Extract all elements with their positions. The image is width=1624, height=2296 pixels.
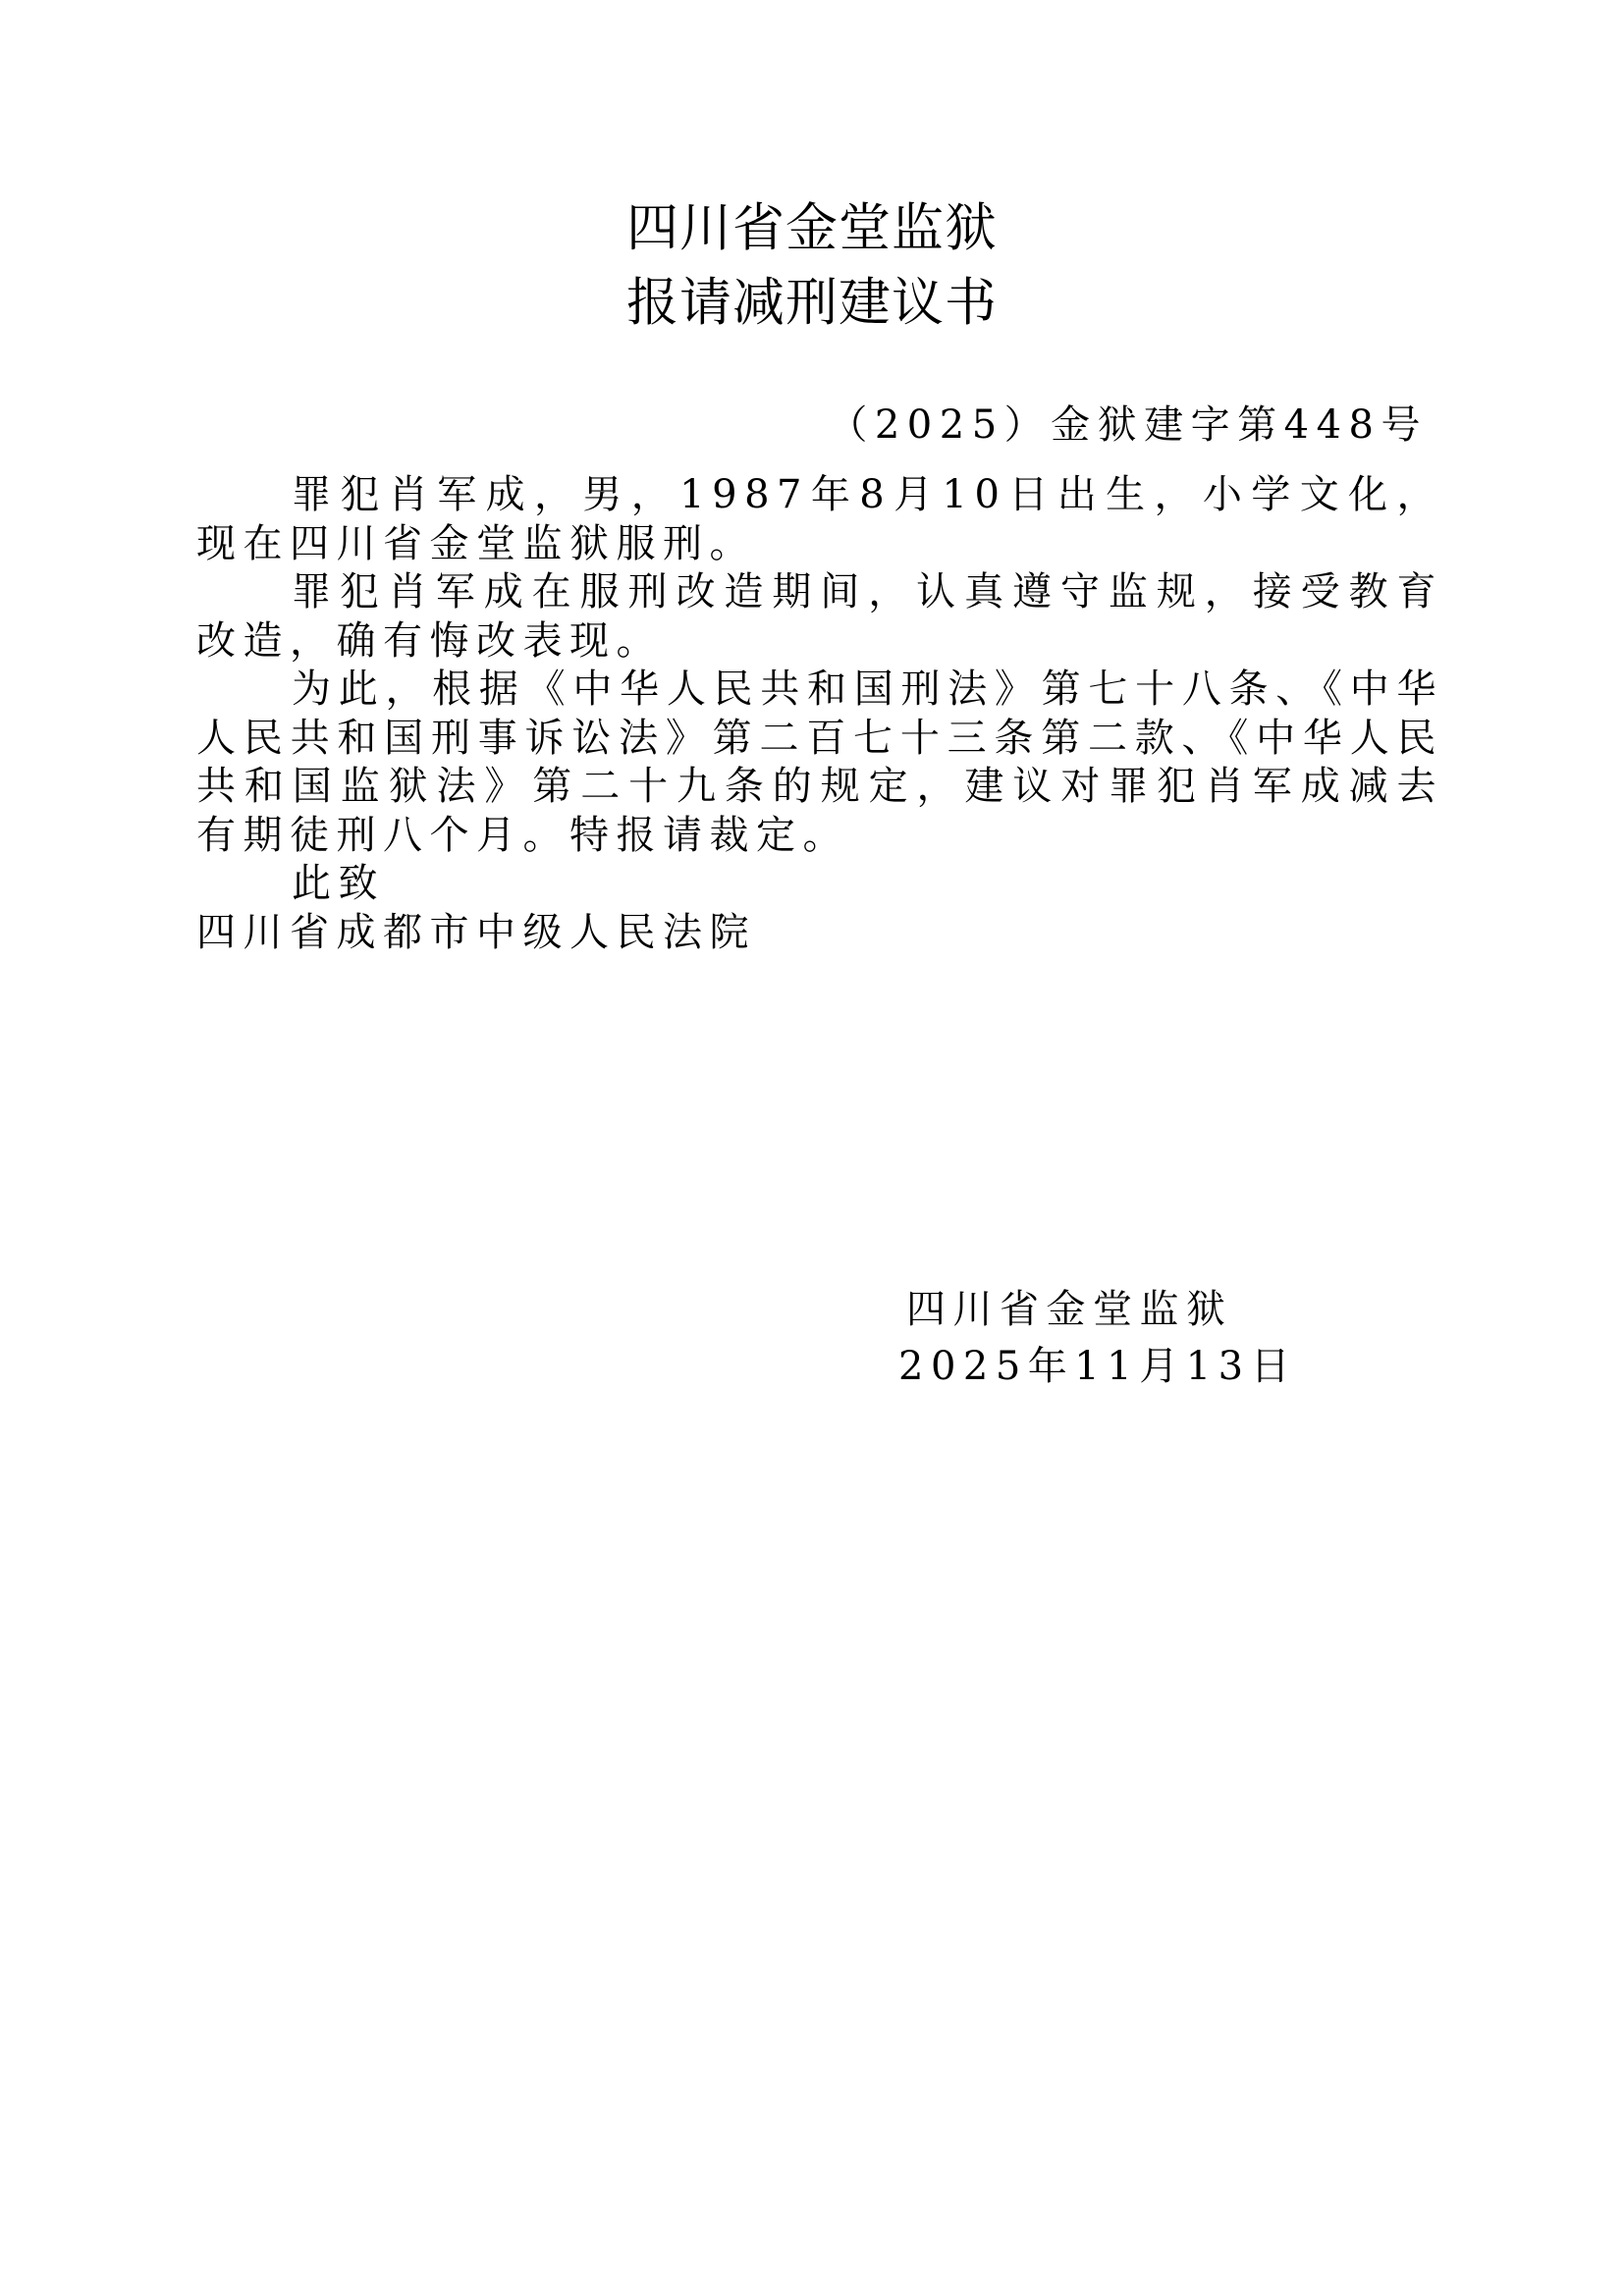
document-number: （2025）金狱建字第448号 [828, 400, 1428, 450]
title-issuer: 四川省金堂监狱 [0, 191, 1624, 266]
salutation: 此致 [196, 860, 1443, 909]
title-document-type: 报请减刑建议书 [0, 266, 1624, 341]
signature-organization: 四川省金堂监狱 [898, 1281, 1297, 1338]
paragraph-recommendation: 为此，根据《中华人民共和国刑法》第七十八条、《中华人民共和国刑事诉讼法》第二百七… [196, 666, 1443, 860]
document-title: 四川省金堂监狱 报请减刑建议书 [0, 191, 1624, 341]
paragraph-inmate-info: 罪犯肖军成，男，1987年8月10日出生，小学文化，现在四川省金堂监狱服刑。 [196, 471, 1443, 568]
paragraph-conduct: 罪犯肖军成在服刑改造期间，认真遵守监规，接受教育改造，确有悔改表现。 [196, 568, 1443, 666]
document-page: 四川省金堂监狱 报请减刑建议书 （2025）金狱建字第448号 罪犯肖军成，男，… [0, 0, 1624, 2296]
addressee: 四川省成都市中级人民法院 [196, 909, 1443, 958]
signature-block: 四川省金堂监狱 2025年11月13日 [898, 1281, 1297, 1395]
signature-date: 2025年11月13日 [898, 1338, 1297, 1395]
document-body: 罪犯肖军成，男，1987年8月10日出生，小学文化，现在四川省金堂监狱服刑。 罪… [196, 471, 1443, 957]
